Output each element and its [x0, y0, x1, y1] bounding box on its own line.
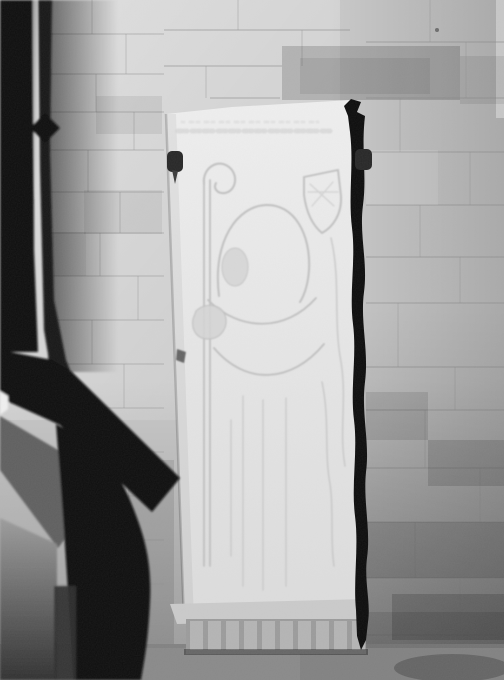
film-grain-overlay [0, 0, 504, 680]
photo-canvas [0, 0, 504, 680]
photograph [0, 0, 504, 680]
